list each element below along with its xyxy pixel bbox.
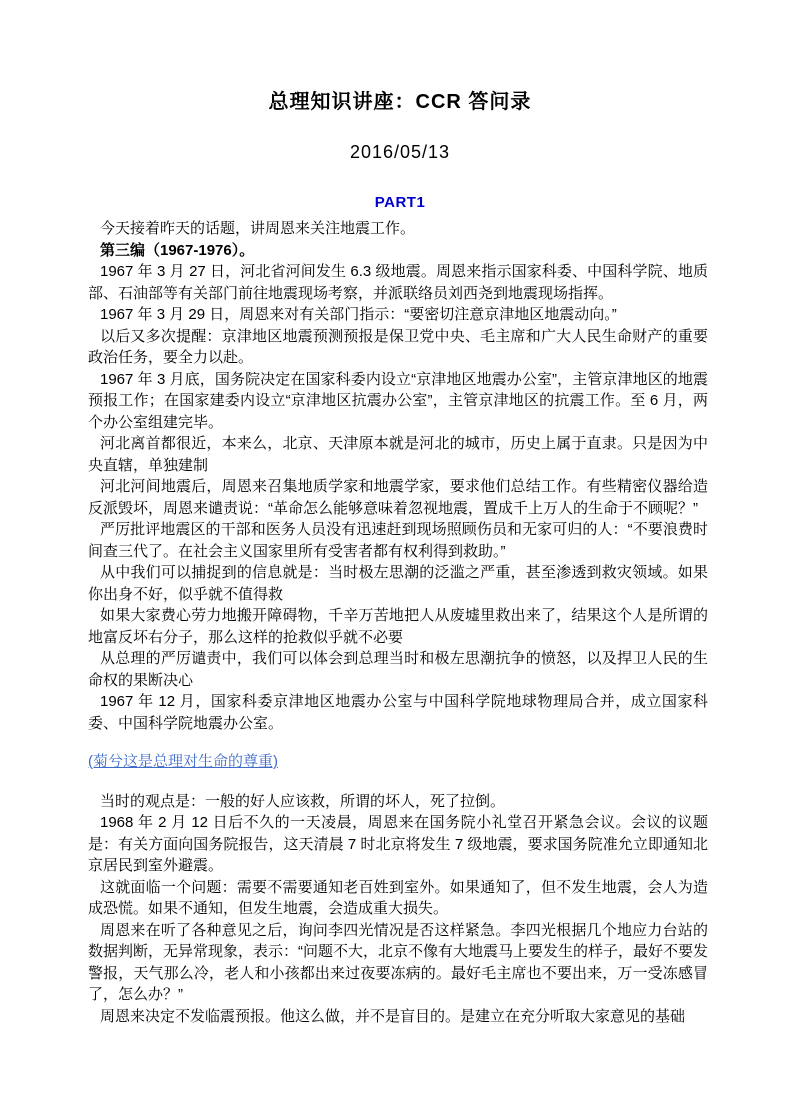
paragraph: 当时的观点是：一般的好人应该救，所谓的坏人，死了拉倒。 [88, 791, 708, 813]
annotation-line: (菊兮这是总理对生命的尊重) [88, 751, 708, 773]
paragraph: 1968 年 2 月 12 日后不久的一天凌晨，周恩来在国务院小礼堂召开紧急会议… [88, 812, 708, 877]
paragraph: 1967 年 3 月 29 日，周恩来对有关部门指示：“要密切注意京津地区地震动… [88, 304, 708, 326]
paragraph: 如果大家费心劳力地搬开障碍物，千辛万苦地把人从废墟里救出来了，结果这个人是所谓的… [88, 605, 708, 648]
paragraph: 以后又多次提醒：京津地区地震预测预报是保卫党中央、毛主席和广大人民生命财产的重要… [88, 326, 708, 369]
document-page: 总理知识讲座：CCR 答问录 2016/05/13 PART1 今天接着昨天的话… [0, 0, 800, 1100]
paragraph: 从中我们可以捕捉到的信息就是：当时极左思潮的泛滥之严重，甚至渗透到救灾领域。如果… [88, 562, 708, 605]
document-date: 2016/05/13 [0, 140, 800, 164]
paragraph: 第三编（1967-1976）。 [88, 240, 708, 262]
paragraph: 周恩来决定不发临震预报。他这么做，并不是盲目的。是建立在充分听取大家意见的基础 [88, 1006, 708, 1028]
paragraph: 河北离首都很近，本来么，北京、天津原本就是河北的城市，历史上属于直隶。只是因为中… [88, 433, 708, 476]
document-body: 今天接着昨天的话题，讲周恩来关注地震工作。第三编（1967-1976）。1967… [88, 218, 708, 1027]
paragraph: 从总理的严厉谴责中，我们可以体会到总理当时和极左思潮抗争的愤怒，以及捍卫人民的生… [88, 648, 708, 691]
paragraph: 1967 年 12 月，国家科委京津地区地震办公室与中国科学院地球物理局合并，成… [88, 691, 708, 734]
section-label: PART1 [0, 194, 800, 212]
paragraph: 1967 年 3 月 27 日，河北省河间发生 6.3 级地震。周恩来指示国家科… [88, 261, 708, 304]
paragraph: 严厉批评地震区的干部和医务人员没有迅速赶到现场照顾伤员和无家可归的人：“不要浪费… [88, 519, 708, 562]
paragraph: 这就面临一个问题：需要不需要通知老百姓到室外。如果通知了，但不发生地震，会人为造… [88, 877, 708, 920]
document-title: 总理知识讲座：CCR 答问录 [0, 0, 800, 114]
paragraph: 河北河间地震后，周恩来召集地质学家和地震学家，要求他们总结工作。有些精密仪器给造… [88, 476, 708, 519]
paragraph: 今天接着昨天的话题，讲周恩来关注地震工作。 [88, 218, 708, 240]
paragraph: 周恩来在听了各种意见之后，询问李四光情况是否这样紧急。李四光根据几个地应力台站的… [88, 920, 708, 1006]
paragraph: 1967 年 3 月底，国务院决定在国家科委内设立“京津地区地震办公室”，主管京… [88, 369, 708, 434]
